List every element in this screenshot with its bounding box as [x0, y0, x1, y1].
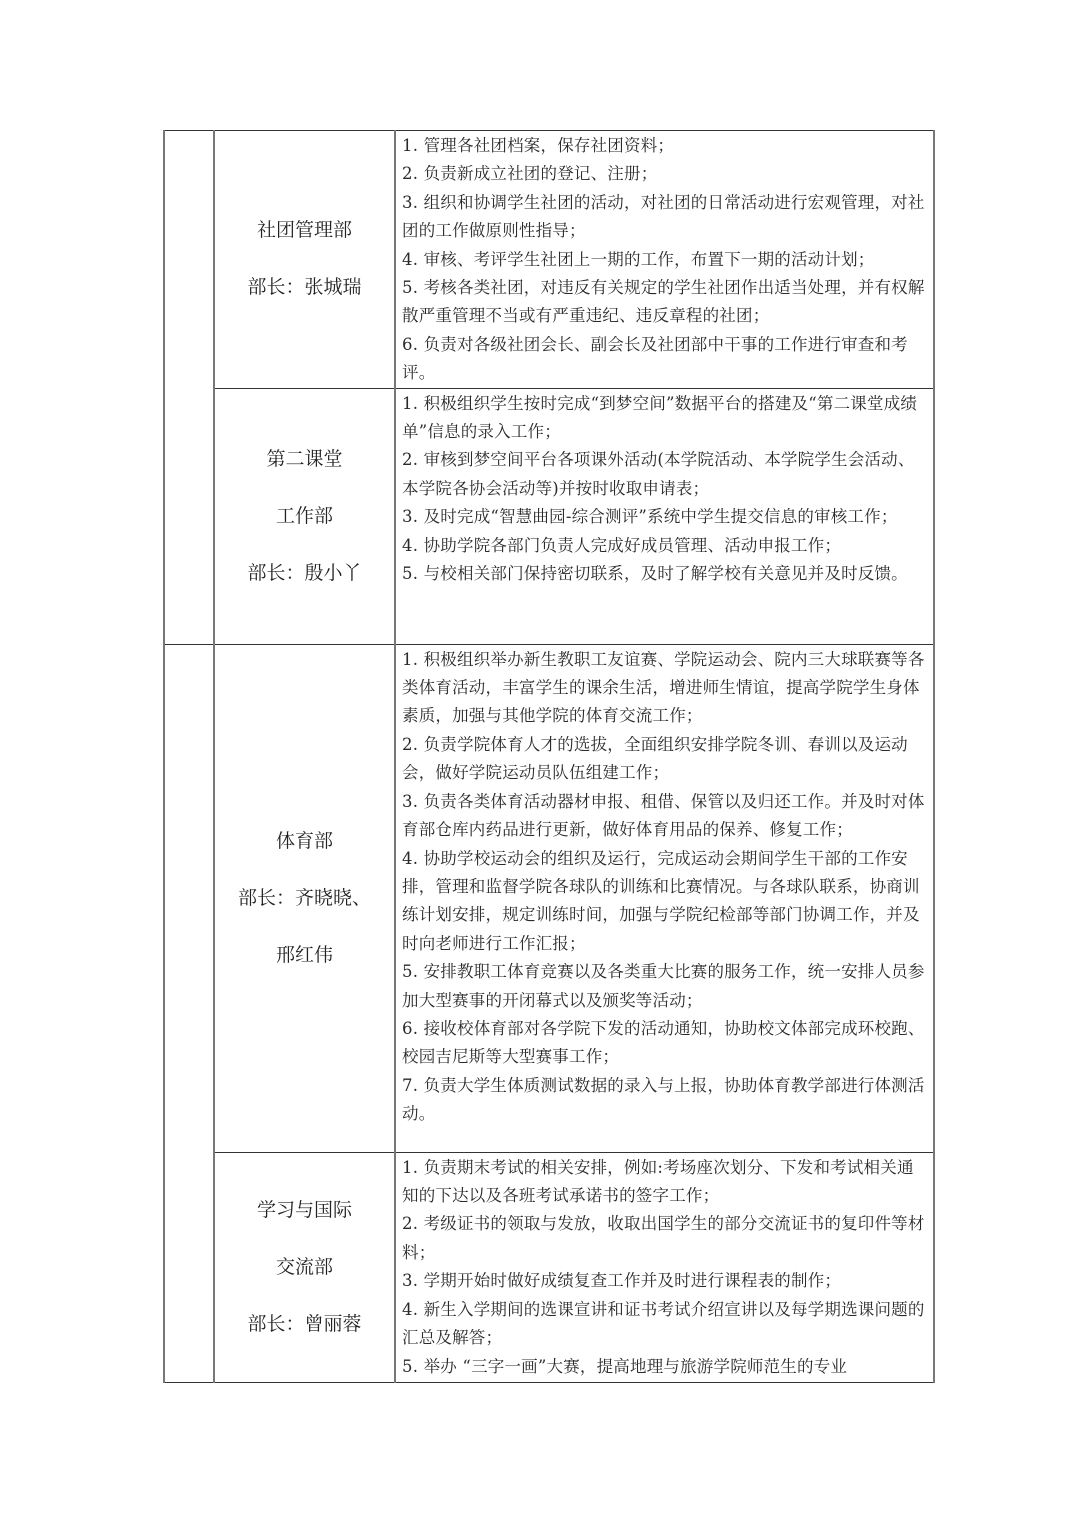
duty-item: 5. 考核各类社团，对违反有关规定的学生社团作出适当处理，并有权解散严重管理不当…: [402, 274, 927, 331]
table-row: 社团管理部 部长：张城瑞 1. 管理各社团档案，保存社团资料； 2. 负责新成立…: [164, 131, 934, 389]
department-name-cont: 交流部: [215, 1239, 394, 1296]
department-name-cont: 工作部: [215, 488, 394, 545]
department-name: 社团管理部: [215, 202, 394, 259]
duty-item: 3. 组织和协调学生社团的活动，对社团的日常活动进行宏观管理，对社团的工作做原则…: [402, 189, 927, 246]
department-name-cell: 社团管理部 部长：张城瑞: [214, 131, 395, 389]
duty-item: 1. 管理各社团档案，保存社团资料；: [402, 132, 927, 160]
department-name-cell: 体育部 部长：齐晓晓、 邢红伟: [214, 644, 395, 1152]
department-name: 体育部: [215, 813, 394, 870]
department-duties-cell: 1. 负责期末考试的相关安排，例如:考场座次划分、下发和考试相关通知的下达以及各…: [395, 1152, 934, 1382]
duty-item: 6. 负责对各级社团会长、副会长及社团部中干事的工作进行审查和考评。: [402, 331, 927, 388]
table-row: 体育部 部长：齐晓晓、 邢红伟 1. 积极组织举办新生教职工友谊赛、学院运动会、…: [164, 644, 934, 1152]
group-cell-blank: [164, 644, 214, 1382]
department-head: 部长：曾丽蓉: [215, 1296, 394, 1353]
duty-item: 5. 举办 “三字一画”大赛，提高地理与旅游学院师范生的专业: [402, 1353, 927, 1381]
duty-item: 2. 考级证书的领取与发放，收取出国学生的部分交流证书的复印件等材料；: [402, 1210, 927, 1267]
duty-item: 5. 安排教职工体育竞赛以及各类重大比赛的服务工作，统一安排人员参加大型赛事的开…: [402, 958, 927, 1015]
department-duties-cell: 1. 管理各社团档案，保存社团资料； 2. 负责新成立社团的登记、注册； 3. …: [395, 131, 934, 389]
duty-item: 6. 接收校体育部对各学院下发的活动通知，协助校文体部完成环校跑、校园吉尼斯等大…: [402, 1015, 927, 1072]
department-duties-cell: 1. 积极组织学生按时完成“到梦空间”数据平台的搭建及“第二课堂成绩单”信息的录…: [395, 388, 934, 644]
group-cell-blank: [164, 131, 214, 645]
table-row: 第二课堂 工作部 部长：殷小丫 1. 积极组织学生按时完成“到梦空间”数据平台的…: [164, 388, 934, 644]
department-duties-cell: 1. 积极组织举办新生教职工友谊赛、学院运动会、院内三大球联赛等各类体育活动，丰…: [395, 644, 934, 1152]
duty-item: 4. 协助学院各部门负责人完成好成员管理、活动申报工作；: [402, 532, 927, 560]
department-name-cell: 学习与国际 交流部 部长：曾丽蓉: [214, 1152, 395, 1382]
duty-item: 4. 新生入学期间的选课宣讲和证书考试介绍宣讲以及每学期选课问题的汇总及解答；: [402, 1296, 927, 1353]
duty-item: 1. 积极组织学生按时完成“到梦空间”数据平台的搭建及“第二课堂成绩单”信息的录…: [402, 390, 927, 447]
duty-item: 2. 负责新成立社团的登记、注册；: [402, 160, 927, 188]
department-table: 社团管理部 部长：张城瑞 1. 管理各社团档案，保存社团资料； 2. 负责新成立…: [163, 130, 935, 1383]
duty-item: 2. 负责学院体育人才的选拔，全面组织安排学院冬训、春训以及运动会，做好学院运动…: [402, 731, 927, 788]
duty-item: 1. 积极组织举办新生教职工友谊赛、学院运动会、院内三大球联赛等各类体育活动，丰…: [402, 646, 927, 731]
duty-item: 3. 负责各类体育活动器材申报、租借、保管以及归还工作。并及时对体育部仓库内药品…: [402, 788, 927, 845]
duty-item: 2. 审核到梦空间平台各项课外活动(本学院活动、本学院学生会活动、本学院各协会活…: [402, 446, 927, 503]
department-name: 第二课堂: [215, 431, 394, 488]
duty-item: 3. 及时完成“智慧曲园-综合测评”系统中学生提交信息的审核工作；: [402, 503, 927, 531]
duty-item: 3. 学期开始时做好成绩复查工作并及时进行课程表的制作；: [402, 1267, 927, 1295]
duty-item: 1. 负责期末考试的相关安排，例如:考场座次划分、下发和考试相关通知的下达以及各…: [402, 1154, 927, 1211]
department-head: 部长：殷小丫: [215, 545, 394, 602]
table-row: 学习与国际 交流部 部长：曾丽蓉 1. 负责期末考试的相关安排，例如:考场座次划…: [164, 1152, 934, 1382]
duty-item: 7. 负责大学生体质测试数据的录入与上报，协助体育教学部进行体测活动。: [402, 1072, 927, 1129]
department-head: 部长：张城瑞: [215, 259, 394, 316]
department-head: 部长：齐晓晓、: [215, 870, 394, 927]
duty-item: 4. 审核、考评学生社团上一期的工作，布置下一期的活动计划；: [402, 246, 927, 274]
duty-item: 4. 协助学校运动会的组织及运行，完成运动会期间学生干部的工作安排，管理和监督学…: [402, 845, 927, 959]
duty-item: 5. 与校相关部门保持密切联系，及时了解学校有关意见并及时反馈。: [402, 560, 927, 588]
department-head-cont: 邢红伟: [215, 927, 394, 984]
department-name: 学习与国际: [215, 1182, 394, 1239]
department-name-cell: 第二课堂 工作部 部长：殷小丫: [214, 388, 395, 644]
document-page: 社团管理部 部长：张城瑞 1. 管理各社团档案，保存社团资料； 2. 负责新成立…: [0, 0, 1079, 1524]
